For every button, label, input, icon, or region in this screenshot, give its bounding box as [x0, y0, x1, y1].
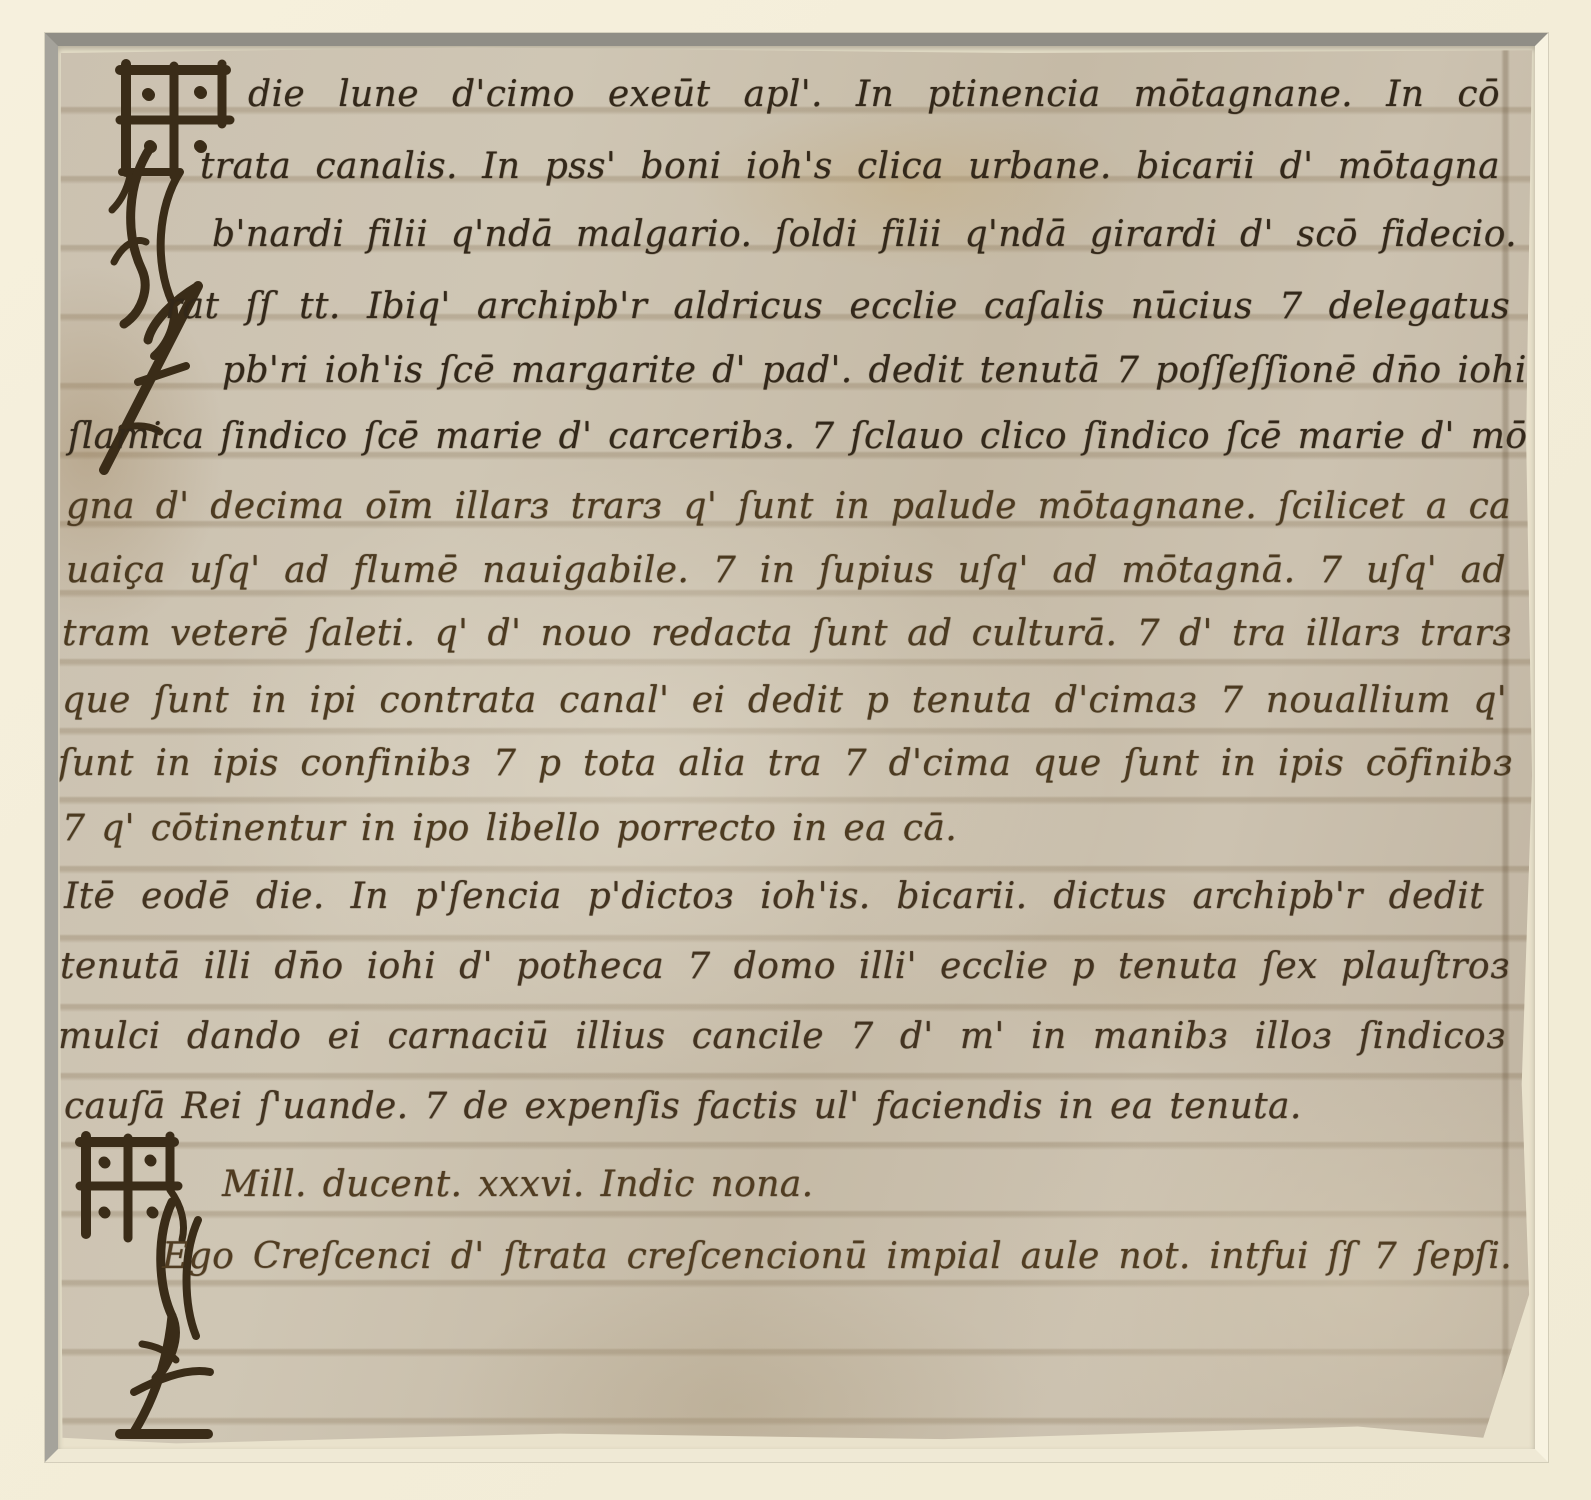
manuscript-line-6: ſlamica ſindico ſcē marie d' carceribз. …	[68, 418, 1508, 456]
manuscript-line-1: die lune d'cimo exeūt apl'. In ptinencia…	[248, 76, 1500, 114]
manuscript-line-2: trata canalis. In pss' boni ioh's clica …	[200, 148, 1500, 186]
manuscript-line-5: pb'ri ioh'is ſcē margarite d' pad'. dedi…	[222, 352, 1542, 390]
manuscript-line-18-notary-subscription: Ego Creſcenci d' ſtrata creſcencionū imp…	[162, 1238, 1512, 1276]
manuscript-line-10: que ſunt in ipi contrata canal' ei dedit…	[62, 682, 1507, 720]
manuscript-line-16: cauſā Rei ſ'uande. 7 de expenſis factis …	[64, 1088, 1174, 1126]
manuscript-line-3: b'nardi filii q'ndā malgario. ſoldi fili…	[212, 216, 1517, 254]
manuscript-line-15: mulci dando ei carnaciū illius cancile 7…	[58, 1018, 1506, 1056]
parchment: die lune d'cimo exeūt apl'. In ptinencia…	[58, 46, 1535, 1449]
manuscript-line-12: 7 q' cōtinentur in ipo libello porrecto …	[62, 810, 957, 848]
manuscript-line-13: Itē eodē die. In p'ſencia p'dictoз ioh'i…	[64, 878, 1484, 916]
manuscript-line-8: uaiça uſq' ad flumē nauigabile. 7 in ſup…	[66, 552, 1506, 590]
manuscript-photograph: { "page": { "kind": "photograph of a med…	[0, 0, 1591, 1500]
notarial-sign-icon	[98, 1196, 248, 1446]
window-mat-bevel: die lune d'cimo exeūt apl'. In ptinencia…	[45, 33, 1548, 1462]
manuscript-line-11: ſunt in ipis confinibз 7 p tota alia tra…	[58, 745, 1513, 783]
manuscript-line-9: tram veterē ſaleti. q' d' nouo redacta ſ…	[62, 615, 1512, 653]
manuscript-line-17-dating-clause: Mill. ducent. xxxvi. Indic nona.	[222, 1166, 814, 1204]
manuscript-line-7: gna d' decima oīm illarз trarз q' ſunt i…	[66, 488, 1511, 526]
manuscript-line-14: tenutā illi dn̄o iohi d' potheca 7 domo …	[60, 948, 1510, 986]
manuscript-line-4: rat ſſ tt. Ibiq' archipb'r aldricus eccl…	[165, 288, 1510, 326]
